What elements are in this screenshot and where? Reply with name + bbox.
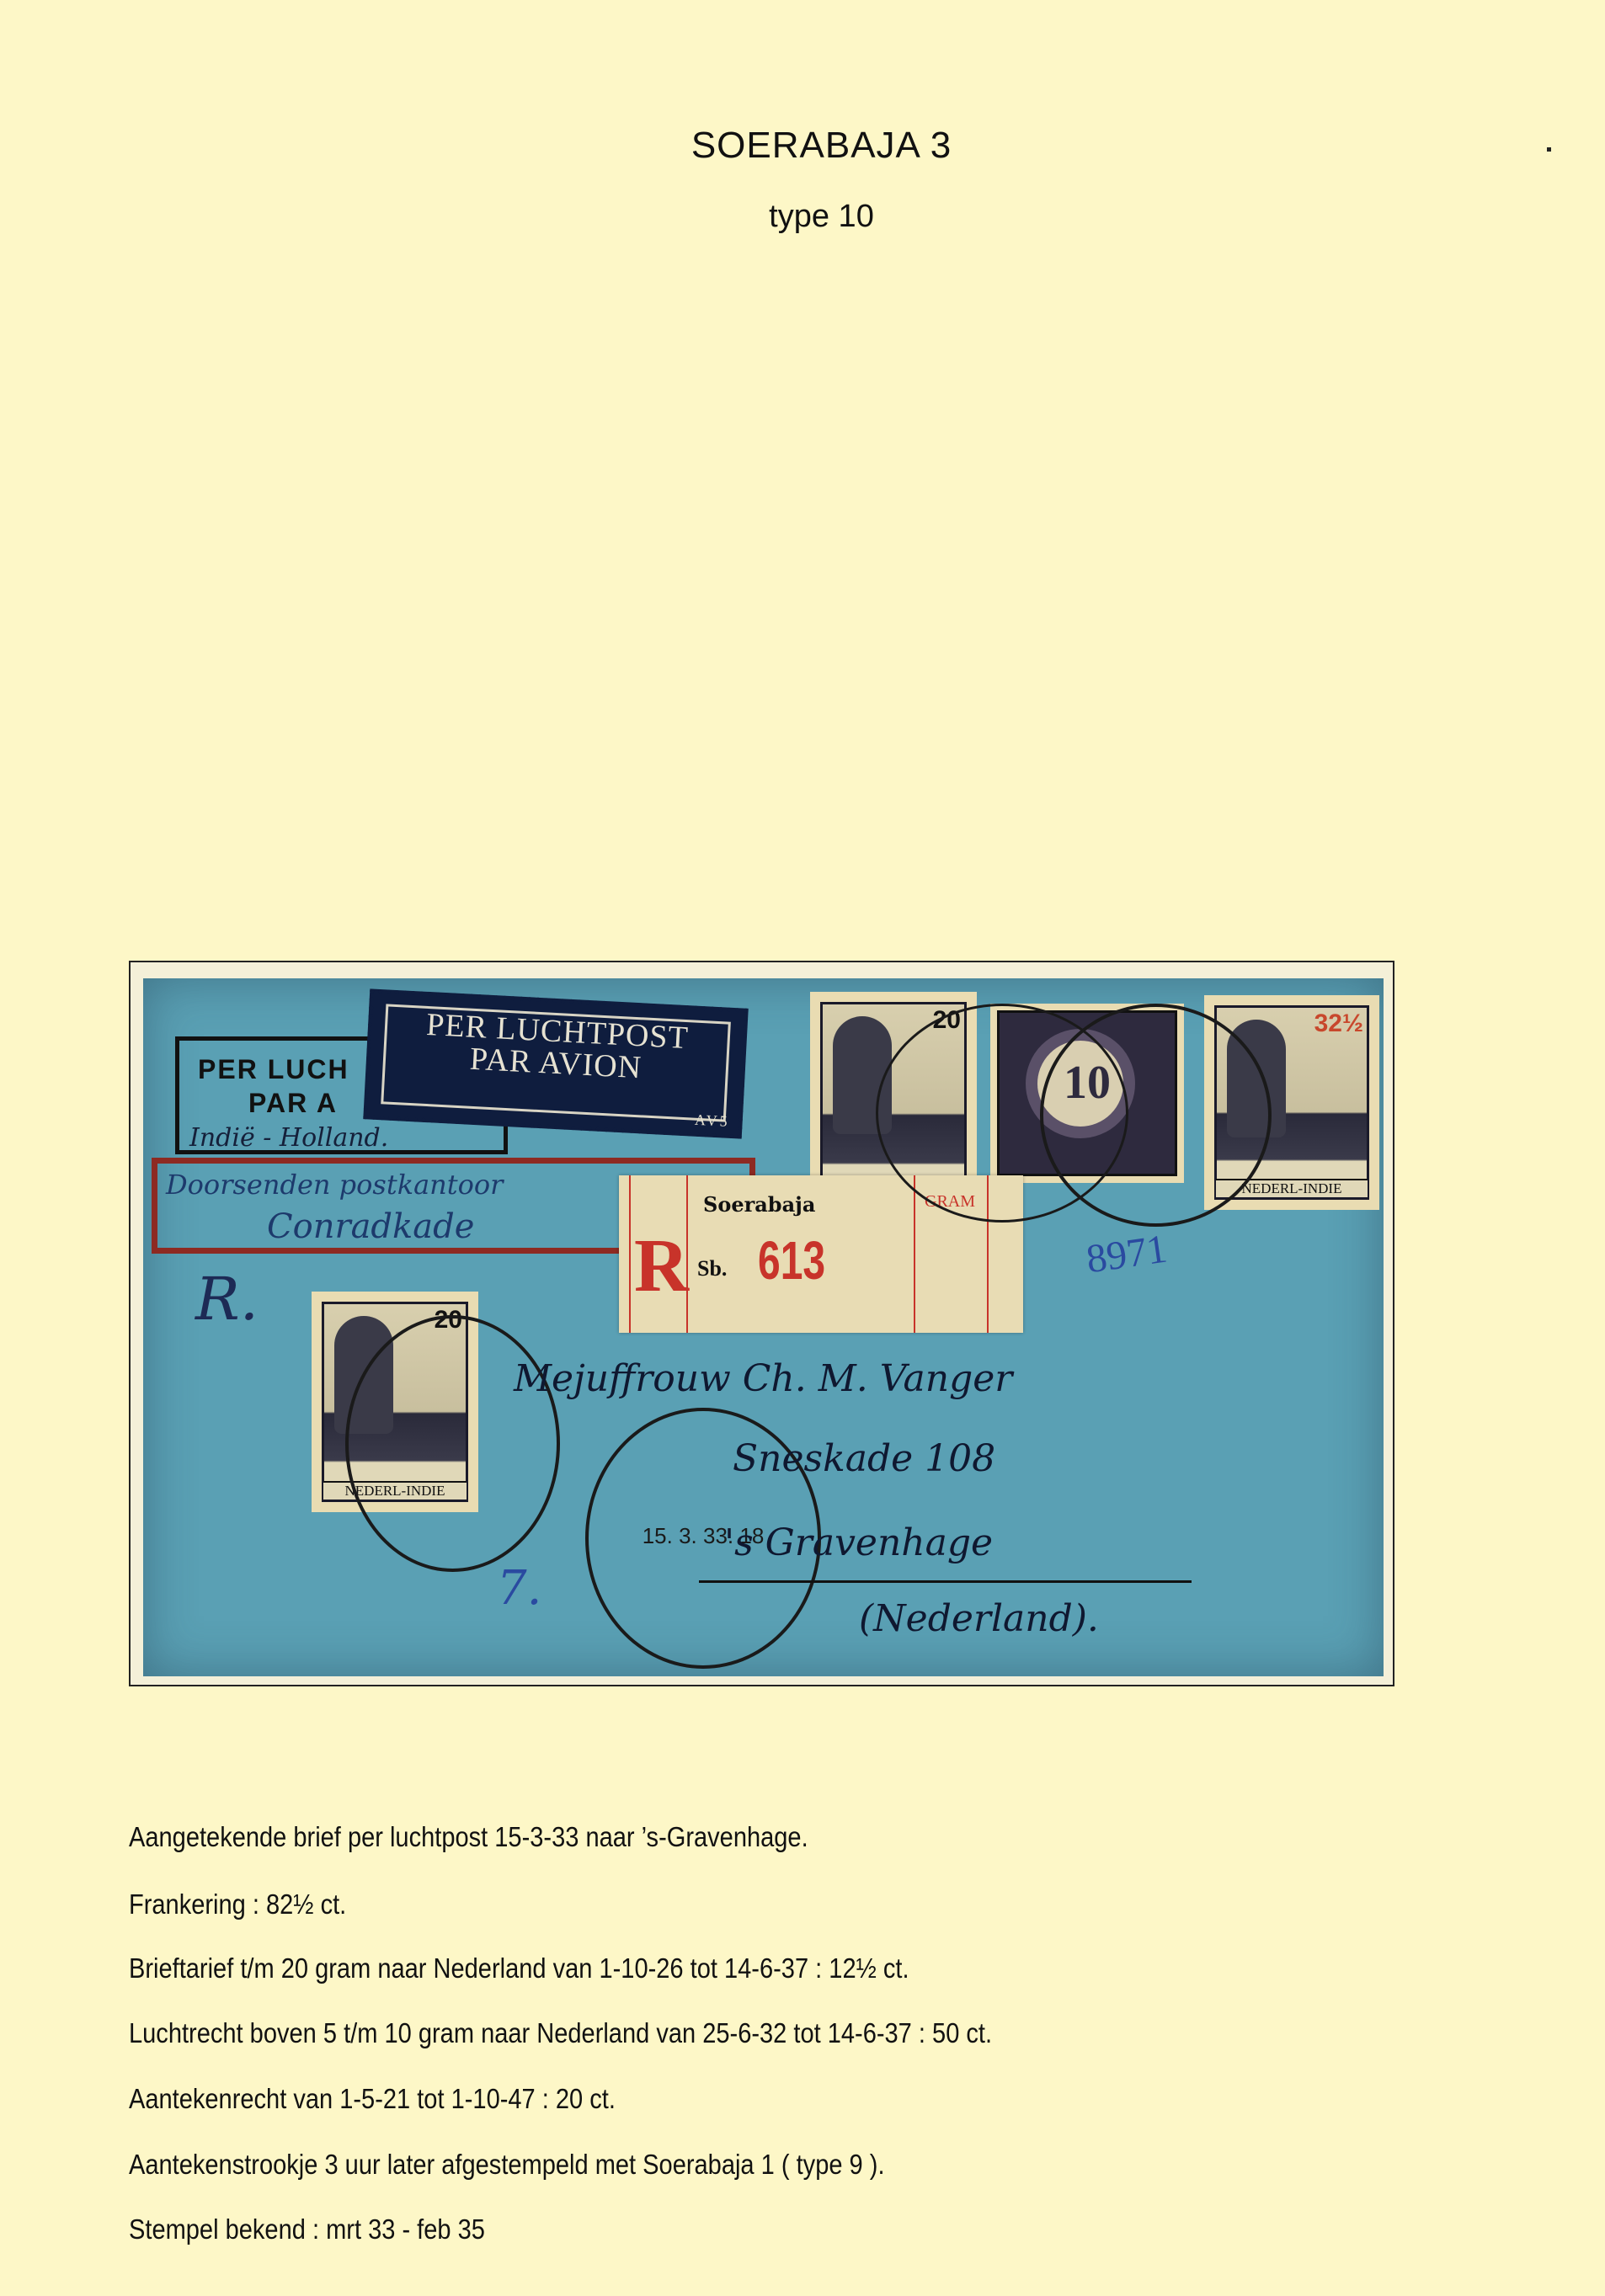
cachet-line-1: PER LUCH — [198, 1054, 349, 1085]
address-line-4: (Nederland). — [859, 1597, 1099, 1640]
description-line: Aangetekende brief per luchtpost 15-3-33… — [129, 1821, 808, 1853]
handwritten-route: Indië - Holland. — [189, 1123, 388, 1153]
registration-letter: R — [634, 1223, 689, 1309]
description-line: Luchtrecht boven 5 t/m 10 gram naar Nede… — [129, 2017, 992, 2049]
address-line-3: 's Gravenhage — [724, 1521, 993, 1564]
handwritten-registered-mark: R. — [195, 1265, 259, 1334]
description-line: Aantekenrecht van 1-5-21 tot 1-10-47 : 2… — [129, 2083, 616, 2115]
speck-mark — [1547, 147, 1551, 152]
postmark-bottom-left — [345, 1315, 560, 1572]
blue-crayon-number: 8971 — [1084, 1226, 1170, 1283]
page-title: SOERABAJA 3 — [0, 125, 1605, 167]
registration-prefix: Sb. — [697, 1256, 727, 1281]
blue-crayon-mark: 7. — [497, 1561, 541, 1616]
description-line: Frankering : 82½ ct. — [129, 1888, 346, 1920]
stamp-value: 32½ — [1314, 1009, 1363, 1038]
address-line-2: Sneskade 108 — [733, 1437, 995, 1480]
registration-number: 613 — [758, 1229, 825, 1292]
page-subtitle: type 10 — [0, 199, 1605, 235]
airmail-etiquette: PER LUCHTPOST PAR AVION AV5 — [363, 988, 748, 1138]
airlabel-code: AV5 — [694, 1111, 730, 1131]
address-line-1: Mejuffrouw Ch. M. Vanger — [514, 1357, 1012, 1400]
cachet-line-2: PAR A — [248, 1088, 338, 1119]
description-line: Aantekenstrookje 3 uur later afgestempel… — [129, 2149, 885, 2181]
registration-office: Soerabaja — [703, 1192, 815, 1217]
postmark-top-middle — [876, 1004, 1128, 1223]
redirect-line-1: Doorsenden postkantoor — [166, 1169, 503, 1201]
description-line: Stempel bekend : mrt 33 - feb 35 — [129, 2213, 485, 2245]
description-line: Brieftarief t/m 20 gram naar Nederland v… — [129, 1952, 909, 1984]
airmail-cover: PER LUCH PAR A Indië - Holland. Doorsend… — [143, 978, 1384, 1676]
redirect-line-2: Conradkade — [267, 1207, 474, 1246]
address-underline — [699, 1580, 1192, 1583]
